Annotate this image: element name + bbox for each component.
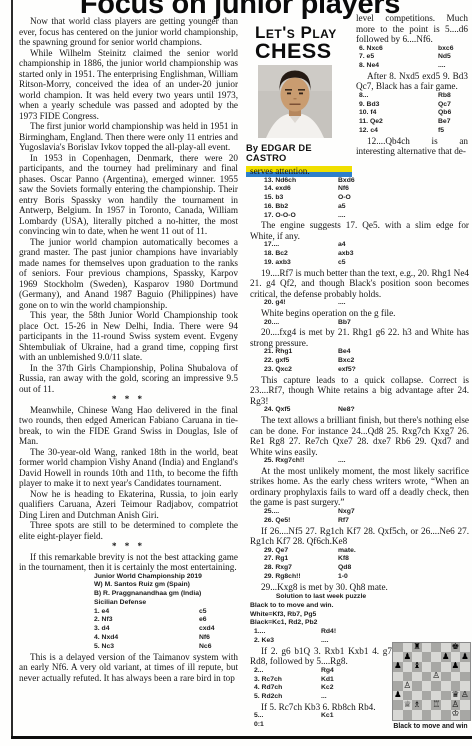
board-square-h5: [460, 672, 470, 682]
move-row: 16. Bb2a5: [250, 203, 469, 212]
board-square-h4: [460, 681, 470, 691]
board-square-a3: ♟: [393, 691, 403, 701]
chess-piece-wp: ♙: [404, 682, 412, 691]
paragraph: The junior world champion automatically …: [19, 237, 238, 311]
board-square-d1: [422, 710, 432, 720]
board-square-h6: [460, 662, 470, 672]
solution-section: Solution to last week puzzleBlack to to …: [250, 592, 469, 730]
move-row: 10. f4Qb6: [356, 109, 468, 118]
chess-piece-wk: ♔: [452, 710, 460, 719]
paragraph: serves attention.: [250, 166, 469, 177]
game-header-line: White=Kf3, Rb7, Pg5: [250, 611, 392, 620]
game-header-line: Black to to move and win.: [250, 602, 392, 611]
paragraph: If 2. g6 b1Q 3. Rxb1 Kxb1 4. g7 Rd8, fol…: [250, 646, 392, 667]
paragraph: In 1953 in Copenhagen, Denmark, there we…: [19, 153, 238, 237]
paragraph: Three spots are still to be determined t…: [19, 520, 238, 541]
move-row: 20. g4!....: [250, 299, 469, 308]
board-square-c5: [412, 672, 422, 682]
chess-piece-wp: ♙: [452, 701, 460, 710]
paragraph: In the 37th Girls Championship, Polina S…: [19, 363, 238, 395]
move-row: 14. exd6Nf6: [250, 185, 469, 194]
board-square-c6: ♝: [412, 662, 422, 672]
board-square-a4: [393, 681, 403, 691]
move-row: 5...Kc1: [250, 712, 392, 721]
move-row: 13. Nd6chBxd6: [250, 177, 469, 186]
game-header: Black to to move and win.White=Kf3, Rb7,…: [250, 602, 392, 628]
moves-table: 20. g4!....: [250, 299, 469, 308]
moves-table: 20....Bb7: [250, 319, 469, 328]
chess-piece-bp: ♟: [394, 662, 402, 671]
byline: By EDGAR DE CASTRO: [246, 143, 354, 163]
board-square-b3: [403, 691, 413, 701]
game-header-line: Sicilian Defense: [94, 599, 238, 608]
chess-piece-wq: ♕: [404, 701, 412, 710]
move-row: 11. Qe2Be7: [356, 118, 468, 127]
board-square-c8: ♜: [412, 643, 422, 653]
moves-table: 25. Rxg7ch!!....: [250, 457, 469, 466]
chess-piece-bp: ♟: [404, 653, 412, 662]
board-square-g5: [451, 672, 461, 682]
board-square-e3: [431, 691, 441, 701]
move-row: 8...Rb8: [356, 92, 468, 101]
board-square-g1: ♔: [451, 710, 461, 720]
chess-piece-bk: ♚: [452, 643, 460, 652]
move-row: 18. Bc2axb3: [250, 250, 469, 259]
chess-piece-br: ♜: [413, 643, 421, 652]
board-square-f1: [441, 710, 451, 720]
board-caption: Black to move and win: [392, 723, 469, 730]
move-row: 5. Rd2ch...: [250, 693, 392, 702]
move-row: 9. Bd3Qc7: [356, 101, 468, 110]
solution-text: Solution to last week puzzleBlack to to …: [250, 592, 392, 730]
board-square-f5: [441, 672, 451, 682]
chess-notes-column-main: serves attention.13. Nd6chBxd614. exd6Nf…: [250, 166, 469, 730]
move-row: 0:1: [250, 721, 392, 730]
move-row: 19. axb3c5: [250, 259, 469, 268]
chess-piece-bp: ♟: [461, 653, 469, 662]
board-square-c7: [412, 652, 422, 662]
moves-table: 21. Rhg1Be422. gxf5Bxc223. Qxc2exf5?: [250, 348, 469, 374]
move-row: 29. Qe7mate.: [250, 547, 469, 556]
move-row: 24. Qxf5Ne8?: [250, 406, 469, 415]
board-square-a7: [393, 652, 403, 662]
move-row: 3. d4cxd4: [19, 625, 238, 634]
game-header-line: Junior World Championship 2019: [94, 573, 238, 582]
move-row: 7. e5Nd5: [356, 53, 468, 62]
board-square-h3: ♙: [460, 691, 470, 701]
moves-table: 24. Qxf5Ne8?: [250, 406, 469, 415]
board-square-e2: ♖: [431, 700, 441, 710]
board-square-a1: [393, 710, 403, 720]
board-square-d4: [422, 681, 432, 691]
move-row: 23. Qxc2exf5?: [250, 366, 469, 375]
board-square-e6: [431, 662, 441, 672]
board-square-e4: [431, 681, 441, 691]
move-row: 6. Nxc6bxc6: [356, 45, 468, 54]
move-row: 17....a4: [250, 241, 469, 250]
paragraph: The 30-year-old Wang, ranked 18th in the…: [19, 447, 238, 489]
paragraph: This is a delayed version of the Taimano…: [19, 652, 238, 684]
paragraph: 29...Kxg8 is met by 30. Qh8 mate.: [250, 582, 469, 593]
move-row: 3. Rc7chKd1: [250, 676, 392, 685]
game-header-line: W) M. Santos Ruiz gm (Spain): [94, 581, 238, 590]
move-row: 2. Nf3e6: [19, 616, 238, 625]
paragraph: The text allows a brilliant finish, but …: [250, 415, 469, 457]
move-row: 29. Rg8ch!!1-0: [250, 573, 469, 582]
board-square-b1: [403, 710, 413, 720]
chess-piece-bp: ♟: [452, 662, 460, 671]
board-square-f4: [441, 681, 451, 691]
game-header: Junior World Championship 2019W) M. Sant…: [94, 573, 238, 608]
board-square-b5: [403, 672, 413, 682]
board-square-h1: [460, 710, 470, 720]
left-column-rule: [11, 0, 13, 738]
board-square-a8: [393, 643, 403, 653]
chess-piece-bb: ♝: [413, 662, 421, 671]
section-separator: * * *: [19, 394, 238, 405]
paragraph: This year, the 58th Junior World Champio…: [19, 310, 238, 363]
board-square-e8: [431, 643, 441, 653]
board-square-b8: [403, 643, 413, 653]
board-square-h7: ♟: [460, 652, 470, 662]
move-row: 1....Rd4!: [250, 628, 392, 637]
board-square-b4: ♙: [403, 681, 413, 691]
board-square-f7: ♟: [441, 652, 451, 662]
move-row: 20....Bb7: [250, 319, 469, 328]
board-square-f3: [441, 691, 451, 701]
board-square-d6: [422, 662, 432, 672]
chess-piece-bp: ♟: [442, 653, 450, 662]
paragraph: Meanwhile, Chinese Wang Hao delivered in…: [19, 405, 238, 447]
paragraph: If 5. Rc7ch Kb3 6. Rb8ch Rb4.: [250, 702, 392, 713]
moves-table: 5...Kc10:1: [250, 712, 392, 730]
paragraph: 12....Qb4ch is an interesting alternativ…: [356, 136, 468, 157]
board-square-g7: [451, 652, 461, 662]
board-square-c4: [412, 681, 422, 691]
board-square-b7: ♟: [403, 652, 413, 662]
paragraph: 20....fxg4 is met by 21. Rhg1 g6 22. h3 …: [250, 327, 469, 348]
move-row: 5. Nc3Nc6: [19, 643, 238, 652]
section-separator: * * *: [19, 541, 238, 552]
chess-piece-wp: ♙: [461, 691, 469, 700]
board-square-b6: [403, 662, 413, 672]
board-square-g8: ♚: [451, 643, 461, 653]
chess-piece-bp: ♟: [394, 691, 402, 700]
paragraph: While Wilhelm Steinitz claimed the senio…: [19, 48, 238, 122]
move-row: 2. Ke3....: [250, 637, 392, 646]
board-square-d8: [422, 643, 432, 653]
main-flow: serves attention.13. Nd6chBxd614. exd6Nf…: [250, 166, 469, 592]
move-row: 4. Nxd4Nf6: [19, 634, 238, 643]
move-row: 8. Ne4....: [356, 62, 468, 71]
move-row: 28. Rxg7Qd8: [250, 564, 469, 573]
game-header-line: B) R. Praggnanandhaa gm (India): [94, 590, 238, 599]
article-column-left: Now that world class players are getting…: [19, 16, 238, 683]
move-row: 1. e4c5: [19, 608, 238, 617]
paragraph: At the most unlikely moment, the most li…: [250, 466, 469, 508]
board-square-f2: [441, 700, 451, 710]
masthead-title-line2: CHESS: [255, 41, 354, 62]
chess-piece-wr: ♖: [432, 701, 440, 710]
newspaper-chess-page: Focus on junior players Now that world c…: [0, 0, 472, 746]
board-square-d2: [422, 700, 432, 710]
board-square-g4: [451, 681, 461, 691]
columnist-photo: [258, 65, 332, 138]
paragraph: level competitions. Much more to the poi…: [356, 13, 468, 45]
moves-table: 13. Nd6chBxd614. exd6Nf615. b3O-O16. Bb2…: [250, 177, 469, 221]
chess-piece-bq: ♛: [452, 691, 460, 700]
chess-notes-column-right: level competitions. Much more to the poi…: [356, 13, 468, 157]
board-square-g3: ♛: [451, 691, 461, 701]
moves-table: 8...Rb89. Bd3Qc710. f4Qb611. Qe2Be712. c…: [356, 92, 468, 136]
board-square-e7: [431, 652, 441, 662]
move-row: 2...Rg4: [250, 667, 392, 676]
paragraph: The engine suggests 17. Qe5. with a slim…: [250, 220, 469, 241]
paragraph: This capture leads to a quick collapse. …: [250, 375, 469, 407]
solution-title: Solution to last week puzzle: [250, 592, 392, 602]
moves-table: 29. Qe7mate.27. Rg1Kf828. Rxg7Qd829. Rg8…: [250, 547, 469, 582]
paragraph: If this remarkable brevity is not the be…: [19, 552, 238, 573]
chess-board: ♜♚♟♟♟♟♝♟♙♙♟♛♙♕♗♖♙♔: [392, 642, 471, 721]
board-square-f8: [441, 643, 451, 653]
move-row: 22. gxf5Bxc2: [250, 357, 469, 366]
move-row: 4. Rd7chKc2: [250, 684, 392, 693]
move-row: 15. b3O-O: [250, 194, 469, 203]
bottom-section-rule: [11, 736, 472, 739]
moves-table: 1. e4c52. Nf3e63. d4cxd44. Nxd4Nf65. Nc3…: [19, 608, 238, 652]
board-square-d3: [422, 691, 432, 701]
moves-table: 25....Nxg726. Qe5!Rf7: [250, 508, 469, 526]
puzzle-diagram-area: ♜♚♟♟♟♟♝♟♙♙♟♛♙♕♗♖♙♔ Black to move and win: [392, 592, 469, 730]
moves-table: 1....Rd4!2. Ke3....: [250, 628, 392, 646]
board-square-h8: [460, 643, 470, 653]
board-square-d7: [422, 652, 432, 662]
board-square-a2: [393, 700, 403, 710]
board-square-e5: ♙: [431, 672, 441, 682]
paragraph: White begins operation on the g file.: [250, 308, 469, 319]
paragraph: Now that world class players are getting…: [19, 16, 238, 48]
board-square-c3: [412, 691, 422, 701]
paragraph: Now he is heading to Ekaterina, Russia, …: [19, 489, 238, 521]
paragraph: If 26....Nf5 27. Rg1ch Kf7 28. Qxf5ch, o…: [250, 526, 469, 547]
game-header-line: Black=Kc1, Rd2, Pb2: [250, 619, 392, 628]
board-square-c1: [412, 710, 422, 720]
board-square-a5: [393, 672, 403, 682]
board-square-e1: [431, 710, 441, 720]
paragraph: After 8. Nxd5 exd5 9. Bd3 Qc7, Black has…: [356, 71, 468, 92]
board-square-g6: ♟: [451, 662, 461, 672]
paragraph: The first junior world championship was …: [19, 121, 238, 153]
moves-table: 17....a418. Bc2axb319. axb3c5: [250, 241, 469, 267]
chess-piece-wb: ♗: [413, 701, 421, 710]
board-square-h2: [460, 700, 470, 710]
board-square-d5: [422, 672, 432, 682]
board-square-g2: ♙: [451, 700, 461, 710]
moves-table: 2...Rg43. Rc7chKd14. Rd7chKc25. Rd2ch...: [250, 667, 392, 702]
move-row: 17. O-O-O....: [250, 212, 469, 221]
move-row: 12. c4f5: [356, 127, 468, 136]
board-square-f6: [441, 662, 451, 672]
board-square-a6: ♟: [393, 662, 403, 672]
move-row: 21. Rhg1Be4: [250, 348, 469, 357]
move-row: 27. Rg1Kf8: [250, 555, 469, 564]
board-square-c2: ♗: [412, 700, 422, 710]
move-row: 26. Qe5!Rf7: [250, 517, 469, 526]
column-masthead: Let's Play CHESS By EDGAR DE CASTRO: [246, 24, 354, 177]
chess-piece-wp: ♙: [432, 672, 440, 681]
move-row: 25....Nxg7: [250, 508, 469, 517]
board-square-b2: ♕: [403, 700, 413, 710]
moves-table: 6. Nxc6bxc67. e5Nd58. Ne4....: [356, 45, 468, 71]
paragraph: 19....Rf7 is much better than the text, …: [250, 268, 469, 300]
move-row: 25. Rxg7ch!!....: [250, 457, 469, 466]
